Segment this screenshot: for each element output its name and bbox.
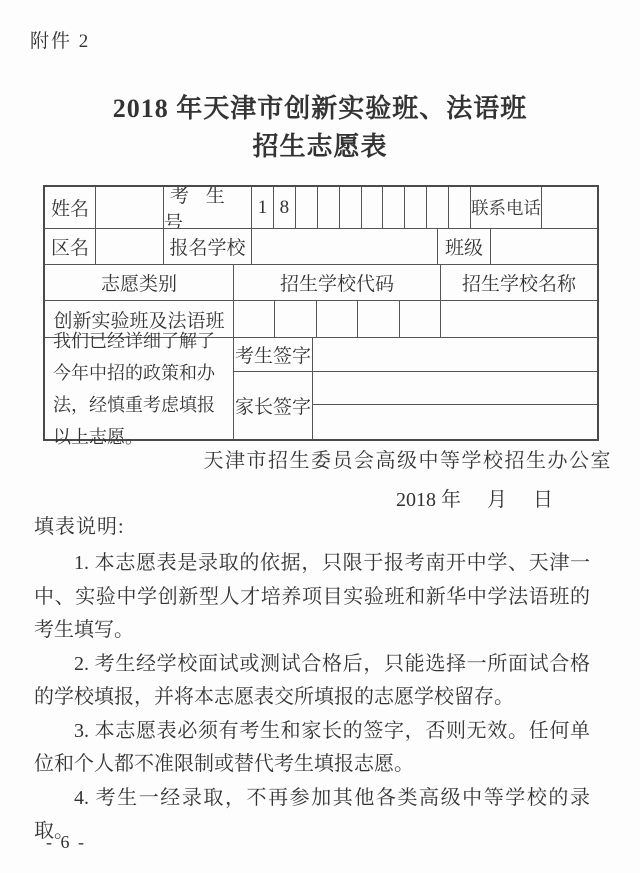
school-code-header: 招生学校代码	[234, 265, 441, 300]
parent-signature-cell-2	[313, 405, 597, 439]
instructions-list: 1. 本志愿表是录取的依据，只限于报考南开中学、天津一中、实验中学创新型人才培养…	[34, 547, 590, 849]
student-signature-label: 考生签字	[234, 338, 312, 372]
page-number: - 6 -	[46, 832, 86, 853]
candidate-no-digit-cell	[318, 187, 340, 228]
instruction-item: 1. 本志愿表是录取的依据，只限于报考南开中学、天津一中、实验中学创新型人才培养…	[34, 547, 590, 648]
parent-signature-label: 家长签字	[234, 372, 312, 439]
candidate-no-digit-cell: 8	[274, 187, 296, 228]
candidate-no-cells: 18	[252, 187, 471, 228]
candidate-no-digit-cell	[340, 187, 362, 228]
contact-phone-label: 联系电话	[471, 187, 542, 228]
application-form-table: 姓名 考 生 号 18 联系电话 区名 报名学校 班级 志愿类别 招生学校代码 …	[43, 185, 599, 441]
name-label: 姓名	[45, 187, 96, 228]
candidate-no-label: 考 生 号	[164, 187, 252, 228]
instructions-heading: 填表说明:	[34, 511, 590, 544]
candidate-no-digit-cell	[383, 187, 405, 228]
candidate-no-digit-cell	[405, 187, 427, 228]
district-label: 区名	[45, 229, 96, 264]
declaration-text: 我们已经详细了解了今年中招的政策和办法，经慎重考虑填报以上志愿。	[45, 338, 234, 439]
preference-category-header: 志愿类别	[45, 265, 234, 300]
school-code-digit-cell	[234, 301, 275, 337]
school-code-cells	[234, 301, 441, 337]
date-day: 日	[533, 483, 553, 512]
student-signature-cell	[313, 338, 597, 372]
school-code-digit-cell	[275, 301, 316, 337]
contact-phone-value-cell	[542, 187, 597, 228]
class-label: 班级	[438, 229, 491, 264]
form-title: 2018 年天津市创新实验班、法语班 招生志愿表	[0, 90, 640, 166]
date-line: 2018 年月日	[0, 483, 640, 512]
school-name-header: 招生学校名称	[441, 265, 597, 300]
candidate-no-digit-cell: 1	[252, 187, 274, 228]
title-line-2: 招生志愿表	[0, 128, 640, 166]
title-line-1: 2018 年天津市创新实验班、法语班	[0, 90, 640, 128]
row-signatures: 我们已经详细了解了今年中招的政策和办法，经慎重考虑填报以上志愿。 考生签字 家长…	[45, 338, 597, 439]
school-code-digit-cell	[400, 301, 441, 337]
issuing-office-line: 天津市招生委员会高级中等学校招生办公室	[0, 444, 640, 473]
candidate-no-digit-cell	[296, 187, 318, 228]
candidate-no-digit-cell	[449, 187, 471, 228]
parent-signature-cell-1	[313, 372, 597, 405]
district-value-cell	[96, 229, 164, 264]
document-page: 附件 2 2018 年天津市创新实验班、法语班 招生志愿表 姓名 考 生 号 1…	[0, 0, 640, 873]
date-month: 月	[487, 483, 507, 512]
reg-school-value-cell	[252, 229, 438, 264]
school-code-digit-cell	[317, 301, 358, 337]
candidate-no-digit-cell	[362, 187, 384, 228]
attachment-label: 附件 2	[30, 26, 90, 53]
instruction-item: 4. 考生一经录取，不再参加其他各类高级中等学校的录取。	[34, 782, 590, 849]
row-district-school: 区名 报名学校 班级	[45, 229, 597, 265]
row-headers: 志愿类别 招生学校代码 招生学校名称	[45, 265, 597, 301]
instruction-item: 2. 考生经学校面试或测试合格后，只能选择一所面试合格的学校填报，并将本志愿表交…	[34, 648, 590, 715]
instruction-item: 3. 本志愿表必须有考生和家长的签字，否则无效。任何单位和个人都不准限制或替代考…	[34, 715, 590, 782]
signature-labels-column: 考生签字 家长签字	[234, 338, 313, 439]
instructions-section: 填表说明: 1. 本志愿表是录取的依据，只限于报考南开中学、天津一中、实验中学创…	[34, 511, 590, 849]
school-name-value-cell	[441, 301, 597, 337]
candidate-no-digit-cell	[427, 187, 449, 228]
date-year: 2018 年	[396, 489, 461, 511]
signature-cells-column	[313, 338, 597, 439]
name-value-cell	[96, 187, 164, 228]
reg-school-label: 报名学校	[164, 229, 252, 264]
class-value-cell	[491, 229, 597, 264]
school-code-digit-cell	[358, 301, 399, 337]
row-name-candidate-no: 姓名 考 生 号 18 联系电话	[45, 187, 597, 229]
